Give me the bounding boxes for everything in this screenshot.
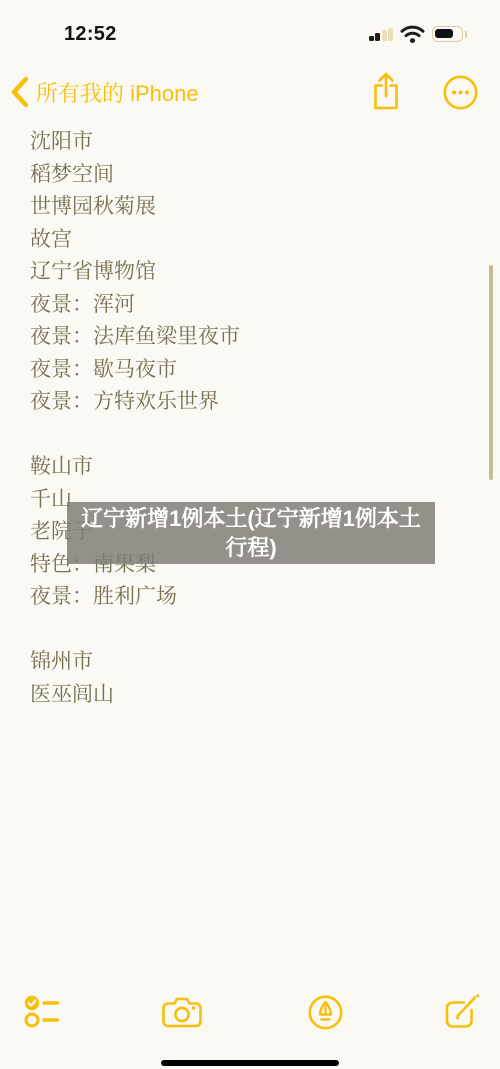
- watermark-overlay: 辽宁新增1例本土(辽宁新增1例本土 行程): [67, 502, 435, 564]
- note-line-blank: [30, 614, 482, 647]
- note-line: 沈阳市: [30, 126, 482, 159]
- note-line: 夜景：法库鱼梁里夜市: [30, 321, 482, 354]
- wifi-icon: [400, 25, 425, 44]
- markup-icon: [308, 995, 343, 1030]
- note-body[interactable]: 沈阳市 稻梦空间 世博园秋菊展 故宫 辽宁省博物馆 夜景：浑河 夜景：法库鱼梁里…: [30, 126, 482, 711]
- notes-app-screen: 12:52 所有我的 iPhone: [0, 0, 500, 1069]
- note-line: 夜景：歇马夜市: [30, 354, 482, 387]
- note-line: 夜景：胜利广场: [30, 581, 482, 614]
- note-line: 夜景：浑河: [30, 289, 482, 322]
- note-line-blank: [30, 419, 482, 452]
- compose-button[interactable]: [444, 993, 481, 1030]
- compose-icon: [444, 993, 481, 1030]
- back-button[interactable]: 所有我的 iPhone: [10, 74, 199, 110]
- share-icon: [371, 71, 401, 112]
- note-line: 鞍山市: [30, 451, 482, 484]
- checklist-icon: [24, 995, 60, 1028]
- more-ellipsis-icon: [443, 75, 478, 110]
- note-line: 世博园秋菊展: [30, 191, 482, 224]
- scrollbar-thumb[interactable]: [489, 265, 493, 480]
- note-line: 医巫闾山: [30, 679, 482, 712]
- note-line: 夜景：方特欢乐世界: [30, 386, 482, 419]
- home-indicator[interactable]: [161, 1060, 339, 1066]
- camera-button[interactable]: [162, 996, 202, 1028]
- status-time: 12:52: [64, 23, 117, 46]
- share-button[interactable]: [371, 71, 401, 112]
- watermark-text-line1: 辽宁新增1例本土(辽宁新增1例本土: [67, 504, 435, 533]
- cellular-signal-icon: [369, 27, 394, 41]
- back-button-label: 所有我的 iPhone: [36, 77, 199, 108]
- camera-icon: [162, 996, 202, 1028]
- note-line: 故宫: [30, 224, 482, 257]
- markup-button[interactable]: [308, 995, 343, 1030]
- note-line: 辽宁省博物馆: [30, 256, 482, 289]
- back-chevron-icon: [10, 76, 29, 108]
- watermark-text-line2: 行程): [67, 533, 435, 562]
- note-line: 锦州市: [30, 646, 482, 679]
- checklist-button[interactable]: [24, 995, 60, 1028]
- note-line: 稻梦空间: [30, 159, 482, 192]
- more-button[interactable]: [443, 75, 478, 110]
- battery-icon: [432, 26, 463, 42]
- status-icons: [369, 25, 464, 43]
